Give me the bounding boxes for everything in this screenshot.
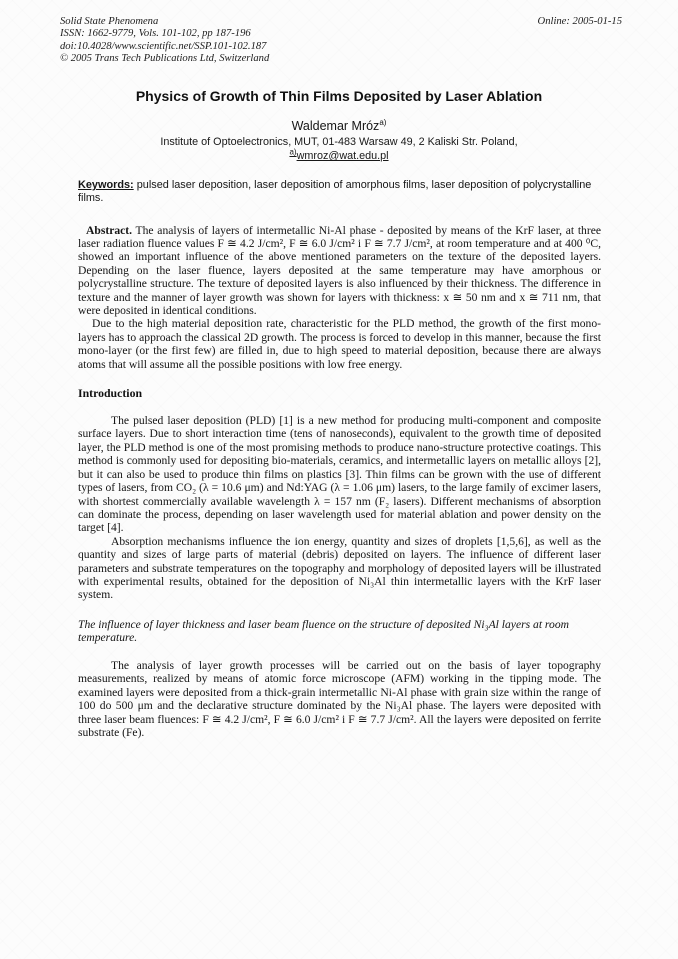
paper-page: Solid State Phenomena ISSN: 1662-9779, V… — [0, 0, 678, 959]
subsection-paragraph-1: The analysis of layer growth processes w… — [78, 659, 601, 739]
email-address: wmroz@wat.edu.pl — [297, 150, 389, 162]
intro-paragraph-1: The pulsed laser deposition (PLD) [1] is… — [78, 414, 601, 535]
journal-name: Solid State Phenomena — [60, 16, 269, 28]
section-heading-introduction: Introduction — [78, 386, 601, 401]
email-line: a)wmroz@wat.edu.pl — [0, 150, 678, 162]
journal-header-left: Solid State Phenomena ISSN: 1662-9779, V… — [60, 16, 269, 65]
author-line: Waldemar Mróza) — [0, 119, 678, 133]
subsection-heading: The influence of layer thickness and las… — [78, 618, 601, 645]
abstract-paragraph-2: Due to the high material deposition rate… — [78, 317, 601, 371]
author-name: Waldemar Mróz — [292, 119, 380, 133]
author-superscript: a) — [379, 118, 386, 127]
keywords-block: Keywords: pulsed laser deposition, laser… — [78, 179, 601, 205]
journal-header: Solid State Phenomena ISSN: 1662-9779, V… — [0, 0, 678, 65]
abstract-label: Abstract. — [86, 224, 132, 237]
online-date: Online: 2005-01-15 — [538, 16, 622, 28]
keywords-label: Keywords: — [78, 179, 134, 191]
abstract-text: The analysis of layers of intermetallic … — [78, 224, 601, 317]
copyright-line: © 2005 Trans Tech Publications Ltd, Swit… — [60, 53, 269, 65]
issn-line: ISSN: 1662-9779, Vols. 101-102, pp 187-1… — [60, 28, 269, 40]
keywords-text: pulsed laser deposition, laser depositio… — [78, 179, 591, 204]
paper-title: Physics of Growth of Thin Films Deposite… — [40, 88, 638, 105]
intro-paragraph-2: Absorption mechanisms influence the ion … — [78, 535, 601, 602]
doi-line: doi:10.4028/www.scientific.net/SSP.101-1… — [60, 41, 269, 53]
email-superscript: a) — [289, 148, 296, 157]
abstract-paragraph-1: Abstract. The analysis of layers of inte… — [78, 224, 601, 318]
affiliation: Institute of Optoelectronics, MUT, 01-48… — [0, 136, 678, 149]
